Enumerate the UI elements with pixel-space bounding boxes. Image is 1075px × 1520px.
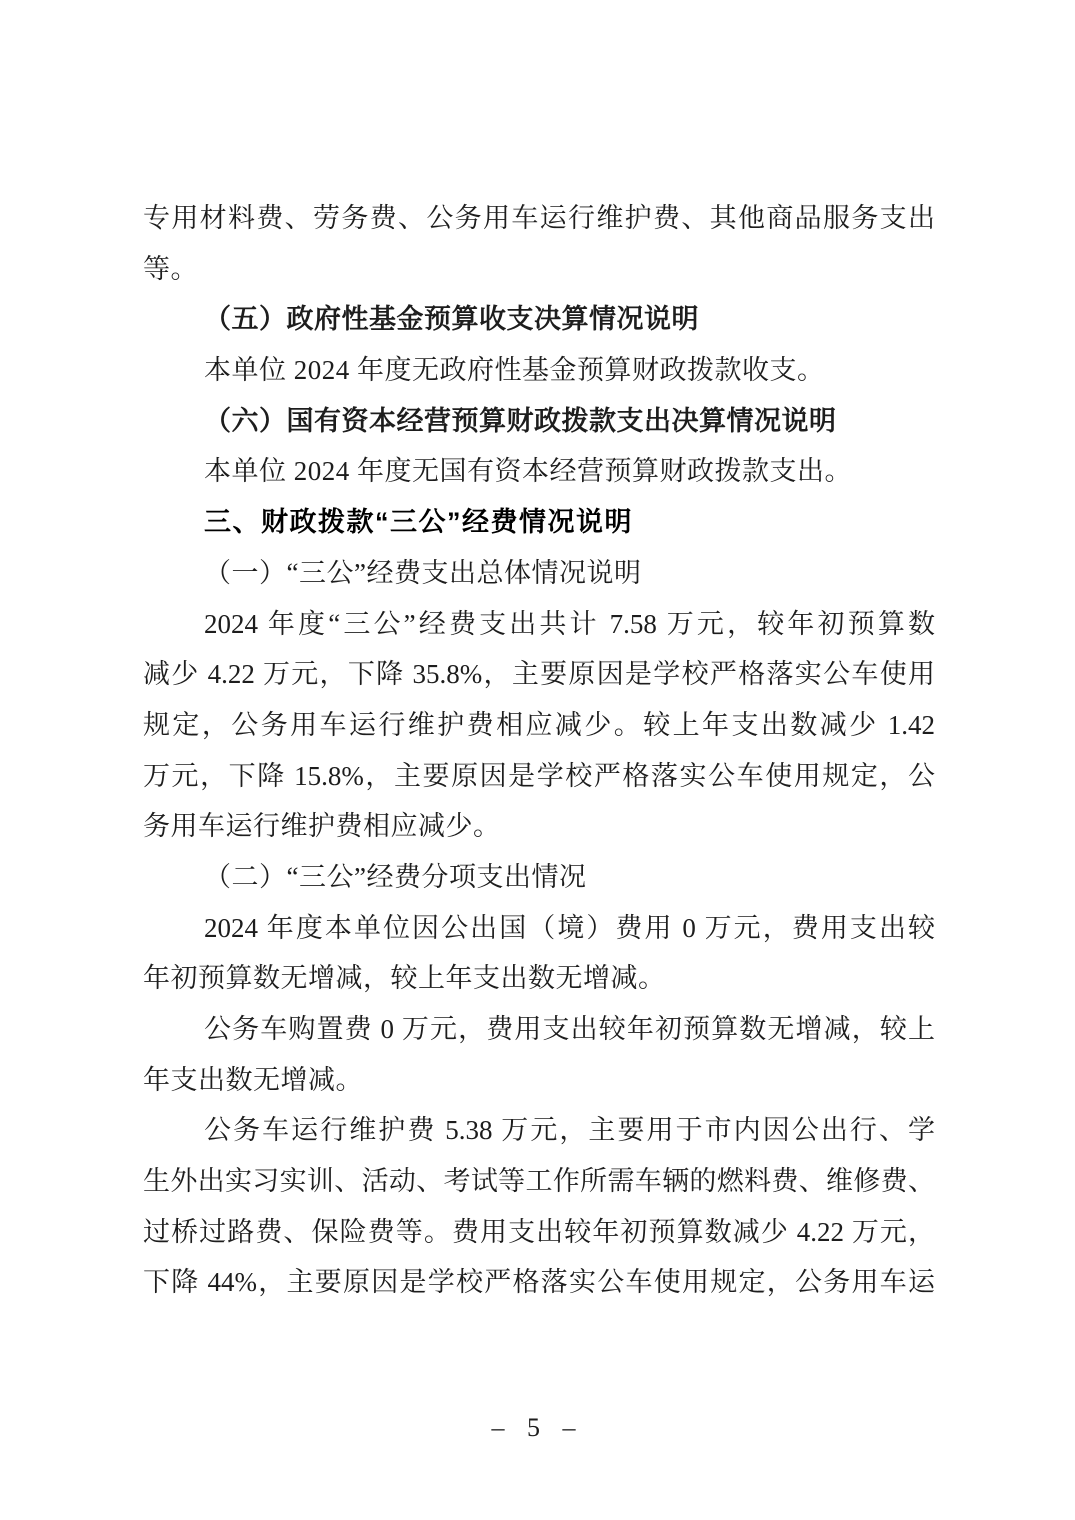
text-line: 公务车购置费 0 万元，费用支出较年初预算数无增减，较上	[143, 1004, 935, 1055]
document-body: 专用材料费、劳务费、公务用车运行维护费、其他商品服务支出等。（五）政府性基金预算…	[143, 193, 935, 1308]
text-line: 公务车运行维护费 5.38 万元，主要用于市内因公出行、学	[143, 1105, 935, 1156]
text-line: 规定，公务用车运行维护费相应减少。较上年支出数减少 1.42	[143, 700, 935, 751]
text-line: 下降 44%，主要原因是学校严格落实公车使用规定，公务用车运	[143, 1257, 935, 1308]
text-line: 生外出实习实训、活动、考试等工作所需车辆的燃料费、维修费、	[143, 1156, 935, 1207]
text-line: （二）“三公”经费分项支出情况	[143, 852, 935, 903]
text-line: 过桥过路费、保险费等。费用支出较年初预算数减少 4.22 万元，	[143, 1207, 935, 1258]
text-line: 2024 年度“三公”经费支出共计 7.58 万元，较年初预算数	[143, 599, 935, 650]
heading-line: （五）政府性基金预算收支决算情况说明	[143, 294, 935, 345]
text-line: 本单位 2024 年度无政府性基金预算财政拨款收支。	[143, 345, 935, 396]
text-line: 2024 年度本单位因公出国（境）费用 0 万元，费用支出较	[143, 903, 935, 954]
text-line: 年支出数无增减。	[143, 1055, 935, 1106]
text-line: 减少 4.22 万元，下降 35.8%，主要原因是学校严格落实公车使用	[143, 649, 935, 700]
heading-line: （六）国有资本经营预算财政拨款支出决算情况说明	[143, 396, 935, 447]
document-page: 专用材料费、劳务费、公务用车运行维护费、其他商品服务支出等。（五）政府性基金预算…	[0, 0, 1075, 1520]
page-number: – 5 –	[0, 1408, 1075, 1448]
text-line: 务用车运行维护费相应减少。	[143, 801, 935, 852]
text-line: 本单位 2024 年度无国有资本经营预算财政拨款支出。	[143, 446, 935, 497]
heading-line: 三、财政拨款“三公”经费情况说明	[143, 497, 935, 548]
text-line: （一）“三公”经费支出总体情况说明	[143, 548, 935, 599]
text-line: 等。	[143, 244, 935, 295]
text-line: 专用材料费、劳务费、公务用车运行维护费、其他商品服务支出	[143, 193, 935, 244]
text-line: 万元，下降 15.8%，主要原因是学校严格落实公车使用规定，公	[143, 751, 935, 802]
text-line: 年初预算数无增减，较上年支出数无增减。	[143, 953, 935, 1004]
